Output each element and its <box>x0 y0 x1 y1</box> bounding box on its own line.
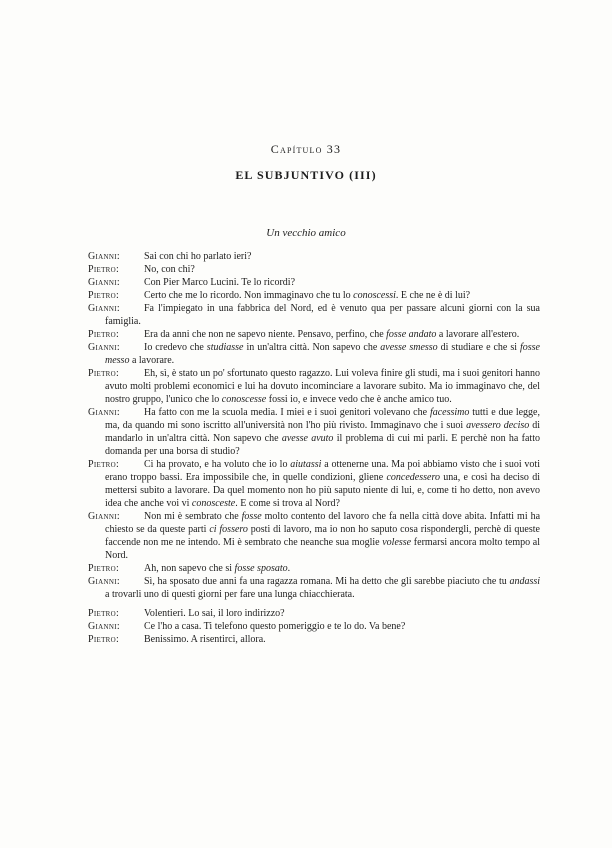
speaker-name: Gianni: <box>88 341 144 354</box>
speech-text: Ha fatto con me la scuola media. I miei … <box>105 407 540 457</box>
dialogue-line: Gianni:Con Pier Marco Lucini. Te lo rico… <box>88 276 540 289</box>
dialogue-line: Gianni:Io credevo che studiasse in un'al… <box>88 341 540 367</box>
dialogue-line: Gianni:Fa l'impiegato in una fabbrica de… <box>88 302 540 328</box>
dialogue-line: Gianni:Ce l'ho a casa. Ti telefono quest… <box>88 620 540 633</box>
speaker-name: Pietro: <box>88 328 144 341</box>
speaker-name: Gianni: <box>88 302 144 315</box>
speech-text: Con Pier Marco Lucini. Te lo ricordi? <box>144 277 295 288</box>
speech-text: Sai con chi ho parlato ieri? <box>144 251 251 262</box>
speaker-name: Gianni: <box>88 575 144 588</box>
dialogue: Gianni:Sai con chi ho parlato ieri? Piet… <box>88 250 540 646</box>
speaker-name: Pietro: <box>88 367 144 380</box>
speech-text: Benissimo. A risentirci, allora. <box>144 634 266 645</box>
dialogue-line: Pietro:Ci ha provato, e ha voluto che io… <box>88 458 540 510</box>
dialogue-line: Gianni:Non mi è sembrato che fosse molto… <box>88 510 540 562</box>
dialogue-line: Gianni:Sì, ha sposato due anni fa una ra… <box>88 575 540 601</box>
speaker-name: Pietro: <box>88 562 144 575</box>
speech-text: Ce l'ho a casa. Ti telefono questo pomer… <box>144 621 405 632</box>
dialogue-line: Pietro:Era da anni che non ne sapevo nie… <box>88 328 540 341</box>
speech-text: Eh, sì, è stato un po' sfortunato questo… <box>105 368 540 405</box>
speech-text: Era da anni che non ne sapevo niente. Pe… <box>144 329 519 340</box>
book-page: Capítulo 33 EL SUBJUNTIVO (III) Un vecch… <box>0 0 612 848</box>
speech-text: No, con chi? <box>144 264 195 275</box>
speaker-name: Pietro: <box>88 289 144 302</box>
dialogue-line: Pietro:Ah, non sapevo che si fosse sposa… <box>88 562 540 575</box>
speech-text: Certo che me lo ricordo. Non immaginavo … <box>144 290 470 301</box>
speaker-name: Gianni: <box>88 406 144 419</box>
speech-text: Io credevo che studiasse in un'altra cit… <box>105 342 540 366</box>
speaker-name: Pietro: <box>88 458 144 471</box>
dialogue-line: Pietro:No, con chi? <box>88 263 540 276</box>
speaker-name: Gianni: <box>88 276 144 289</box>
speaker-name: Gianni: <box>88 510 144 523</box>
speech-text: Volentieri. Lo sai, il loro indirizzo? <box>144 608 285 619</box>
speaker-name: Gianni: <box>88 620 144 633</box>
speech-text: Sì, ha sposato due anni fa una ragazza r… <box>105 576 540 600</box>
dialogue-line: Pietro:Benissimo. A risentirci, allora. <box>88 633 540 646</box>
chapter-label: Capítulo 33 <box>0 143 612 156</box>
section-subtitle: Un vecchio amico <box>0 227 612 240</box>
speech-text: Ci ha provato, e ha voluto che io lo aiu… <box>105 459 540 509</box>
dialogue-line: Pietro:Volentieri. Lo sai, il loro indir… <box>88 607 540 620</box>
dialogue-line: Gianni:Ha fatto con me la scuola media. … <box>88 406 540 458</box>
speech-text: Non mi è sembrato che fosse molto conten… <box>105 511 540 561</box>
speaker-name: Gianni: <box>88 250 144 263</box>
speech-text: Fa l'impiegato in una fabbrica del Nord,… <box>105 303 540 327</box>
chapter-title: EL SUBJUNTIVO (III) <box>0 168 612 182</box>
dialogue-line: Pietro:Eh, sì, è stato un po' sfortunato… <box>88 367 540 406</box>
speech-text: Ah, non sapevo che si fosse sposato. <box>144 563 290 574</box>
speaker-name: Pietro: <box>88 263 144 276</box>
speaker-name: Pietro: <box>88 607 144 620</box>
speaker-name: Pietro: <box>88 633 144 646</box>
dialogue-line: Pietro:Certo che me lo ricordo. Non imma… <box>88 289 540 302</box>
dialogue-line: Gianni:Sai con chi ho parlato ieri? <box>88 250 540 263</box>
